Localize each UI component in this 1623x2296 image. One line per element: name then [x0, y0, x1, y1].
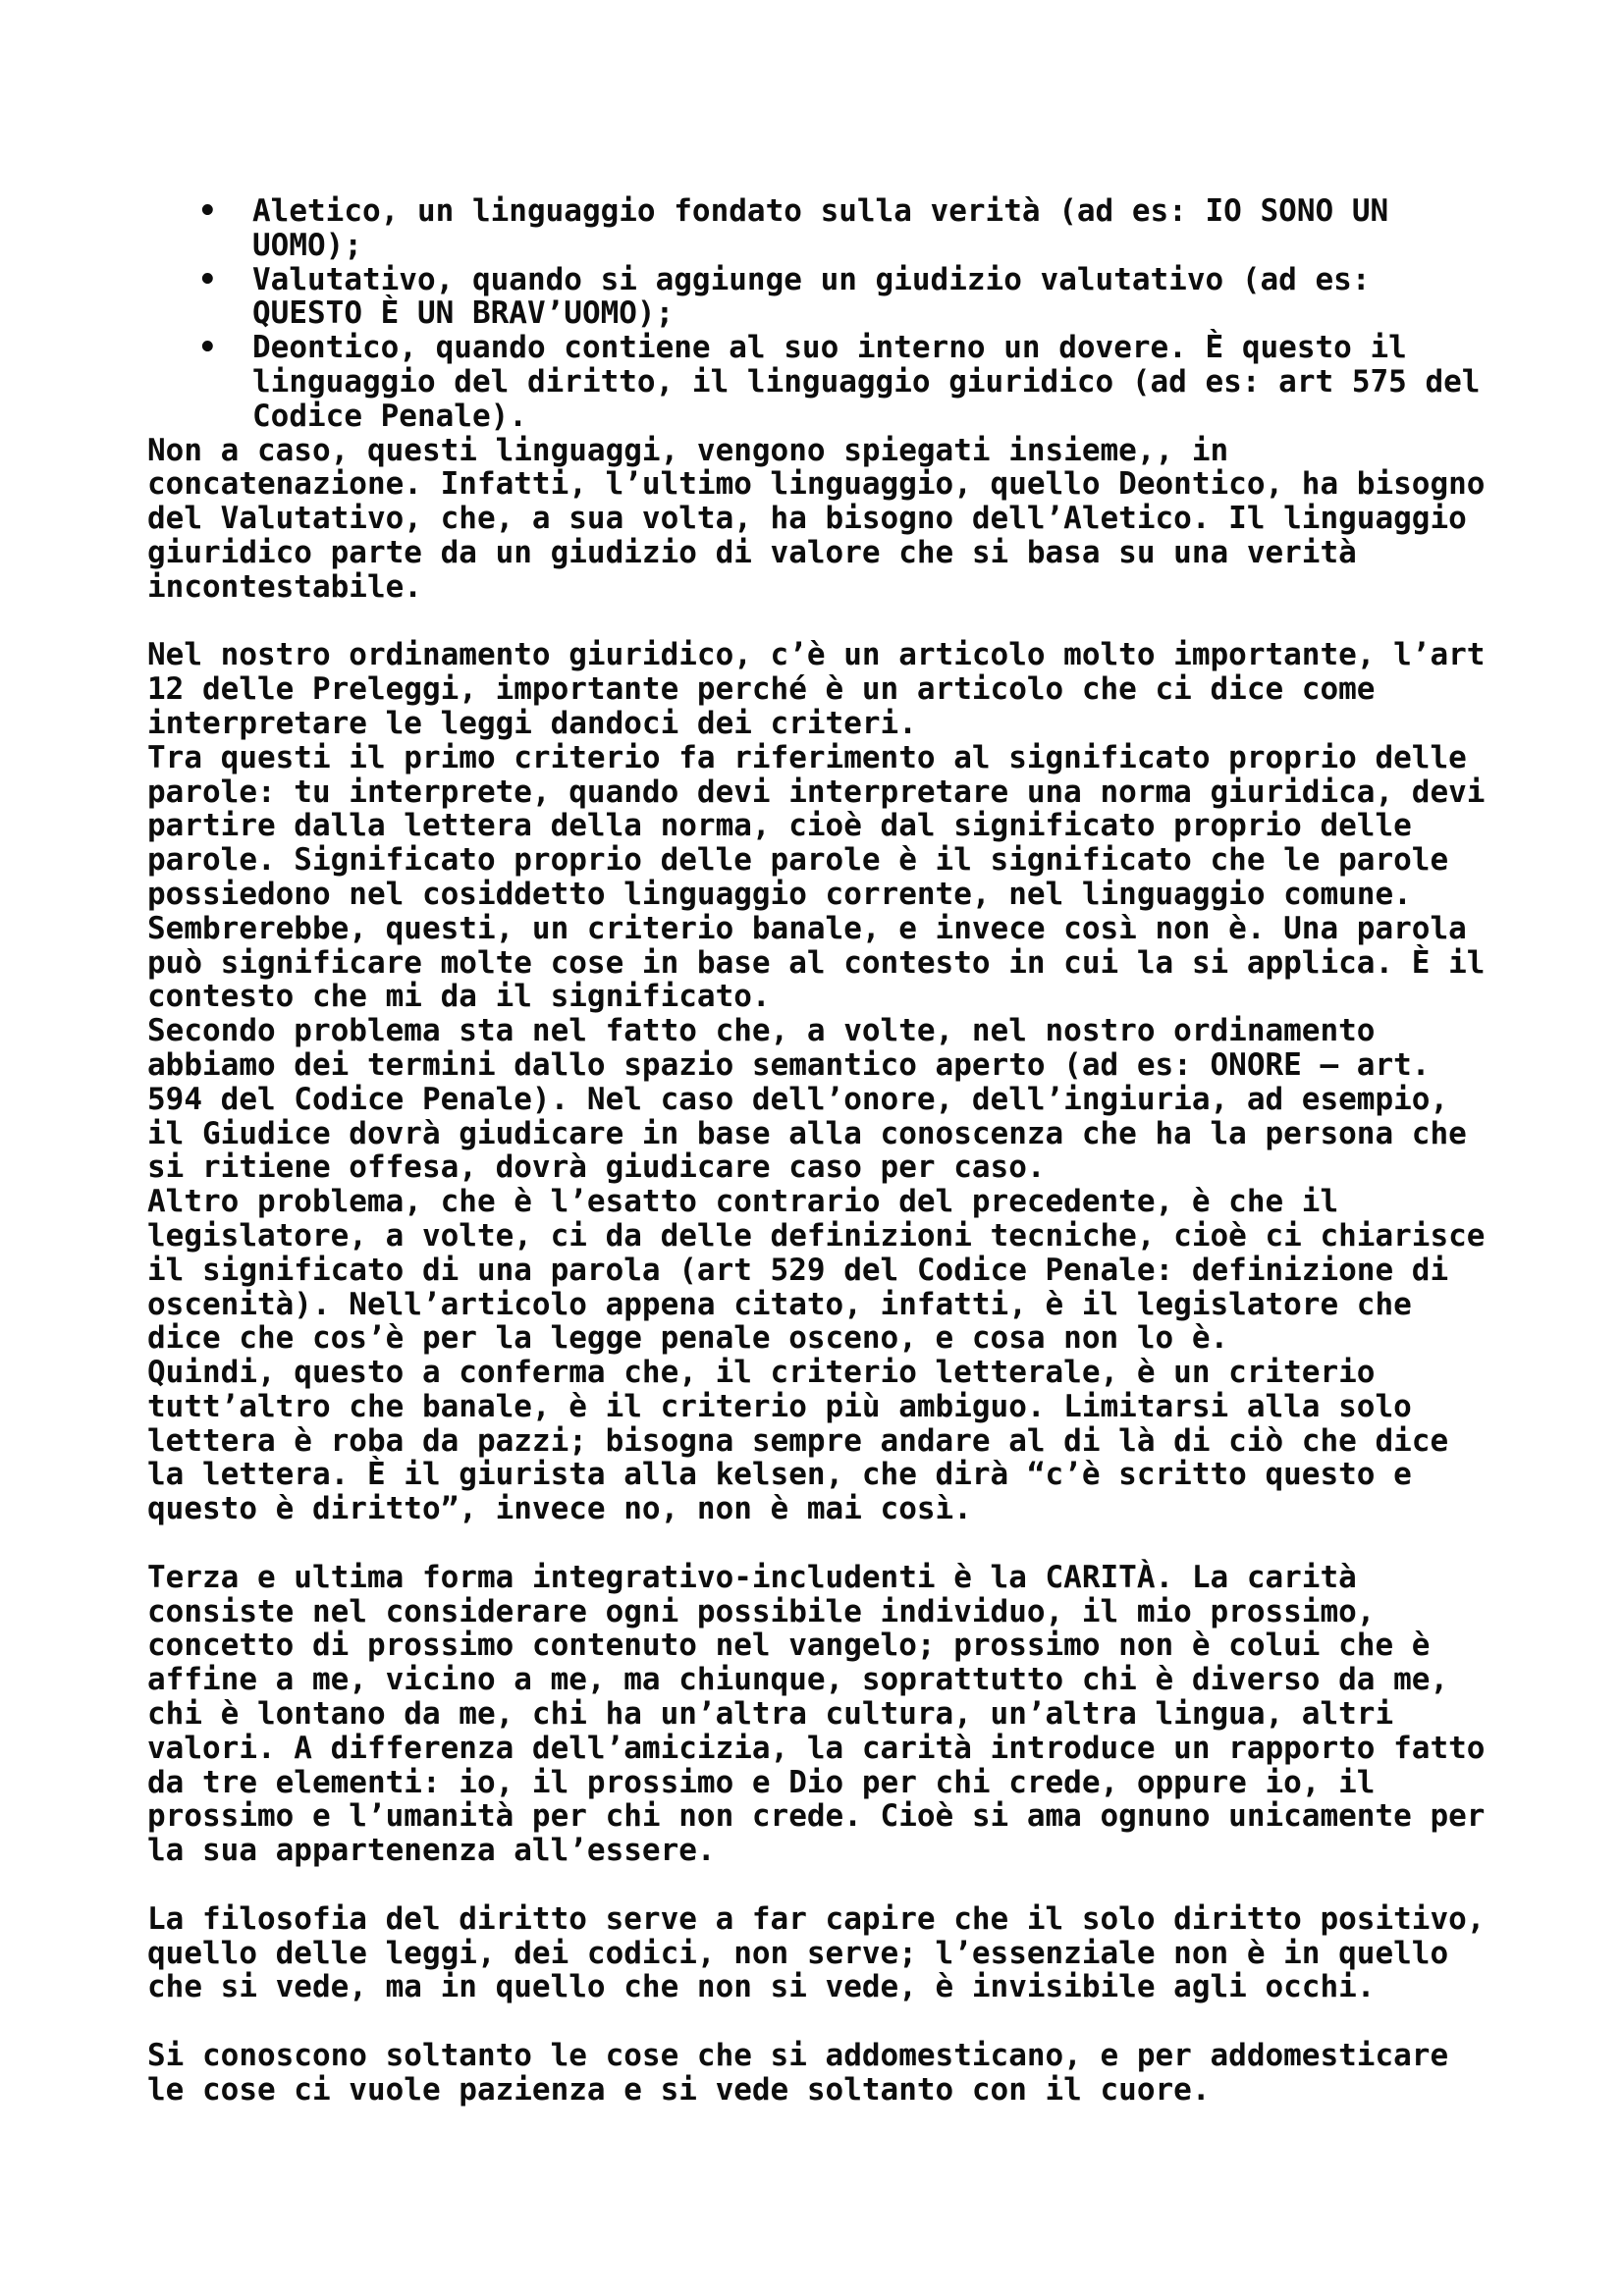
bullet-item-text: Aletico, un linguaggio fondato sulla ver…: [252, 194, 1388, 263]
bullet-item-text: Valutativo, quando si aggiunge un giudiz…: [252, 263, 1370, 332]
text-content: • Aletico, un linguaggio fondato sulla v…: [147, 194, 1522, 2108]
bullet-list: • Aletico, un linguaggio fondato sulla v…: [147, 194, 1522, 434]
bullet-icon: •: [147, 194, 252, 229]
paragraph: La filosofia del diritto serve a far cap…: [147, 1902, 1522, 2004]
paragraph: Nel nostro ordinamento giuridico, c’è un…: [147, 638, 1522, 1526]
document-page: • Aletico, un linguaggio fondato sulla v…: [0, 0, 1623, 2296]
bullet-icon: •: [147, 263, 252, 297]
bullet-item-text: Deontico, quando contiene al suo interno…: [252, 331, 1480, 433]
bullet-icon: •: [147, 331, 252, 365]
paragraph: Terza e ultima forma integrativo-include…: [147, 1561, 1522, 1868]
list-item: • Aletico, un linguaggio fondato sulla v…: [147, 194, 1522, 263]
paragraph: Non a caso, questi linguaggi, vengono sp…: [147, 434, 1522, 605]
paragraph: Si conoscono soltanto le cose che si add…: [147, 2039, 1522, 2108]
list-item: • Valutativo, quando si aggiunge un giud…: [147, 263, 1522, 332]
list-item: • Deontico, quando contiene al suo inter…: [147, 331, 1522, 433]
